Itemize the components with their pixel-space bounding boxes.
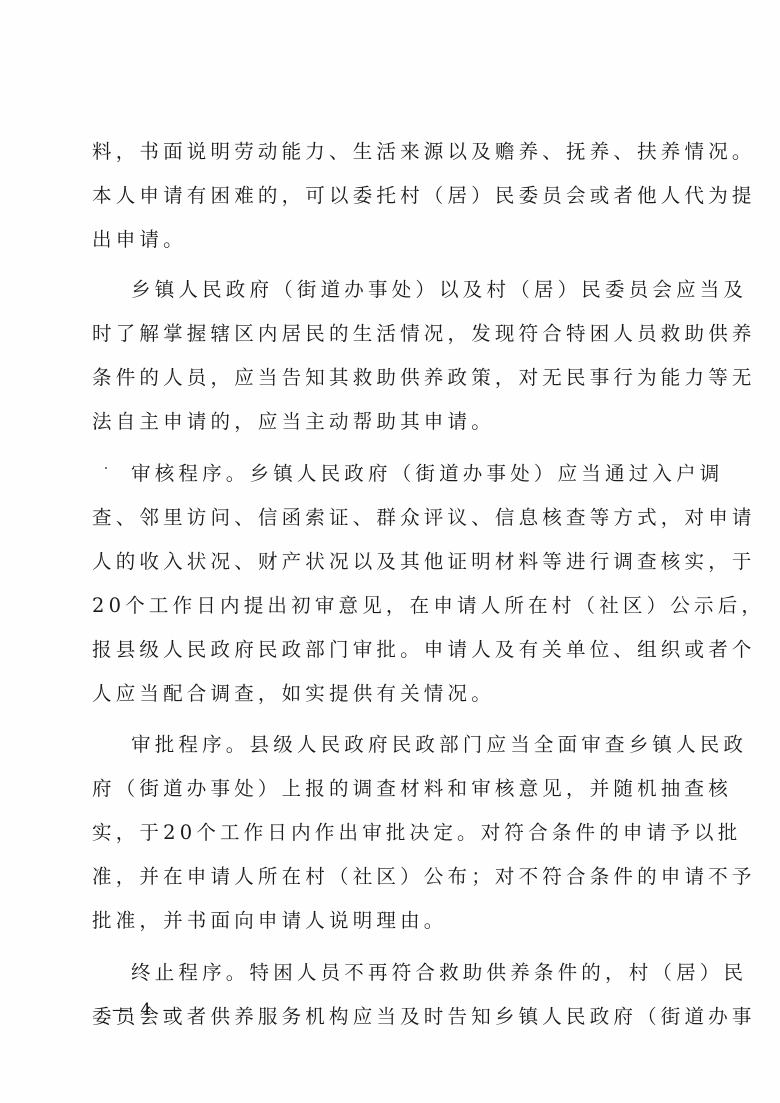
text-line: 查、邻里访问、信函索证、群众评议、信息核查等方式，对申请: [92, 503, 692, 533]
text-line: 料，书面说明劳动能力、生活来源以及赡养、抚养、扶养情况。: [92, 137, 692, 167]
text-line: 本人申请有困难的，可以委托村（居）民委员会或者他人代为提: [92, 181, 692, 211]
text-line: 人的收入状况、财产状况以及其他证明材料等进行调查核实，于: [92, 547, 692, 577]
text-line: 人应当配合调查，如实提供有关情况。: [92, 679, 692, 709]
text-line: 准，并在申请人所在村（社区）公布；对不符合条件的申请不予: [92, 862, 692, 892]
text-line: 报县级人民政府民政部门审批。申请人及有关单位、组织或者个: [92, 635, 692, 665]
scan-speck: [105, 467, 107, 469]
text-line: 实，于20个工作日内作出审批决定。对符合条件的申请予以批: [92, 818, 692, 848]
page-number: — 4 —: [112, 1000, 183, 1020]
text-line: 法自主申请的，应当主动帮助其申请。: [92, 407, 692, 437]
text-line: 批准，并书面向申请人说明理由。: [92, 906, 692, 936]
text-line: 20个工作日内提出初审意见，在申请人所在村（社区）公示后，: [92, 591, 692, 621]
paragraph-start: 审批程序。县级人民政府民政部门应当全面审查乡镇人民政: [131, 730, 692, 760]
paragraph-start: 乡镇人民政府（街道办事处）以及村（居）民委员会应当及: [131, 275, 692, 305]
text-line: 时了解掌握辖区内居民的生活情况，发现符合特困人员救助供养: [92, 319, 692, 349]
document-page: 料，书面说明劳动能力、生活来源以及赡养、抚养、扶养情况。 本人申请有困难的，可以…: [0, 0, 780, 1103]
text-line: 条件的人员，应当告知其救助供养政策，对无民事行为能力等无: [92, 363, 692, 393]
text-line: 出申请。: [92, 225, 692, 255]
paragraph-start: 终止程序。特困人员不再符合救助供养条件的，村（居）民: [131, 958, 692, 988]
text-line: 府（街道办事处）上报的调查材料和审核意见，并随机抽查核: [92, 774, 692, 804]
paragraph-start: 审核程序。乡镇人民政府（街道办事处）应当通过入户调: [131, 459, 692, 489]
